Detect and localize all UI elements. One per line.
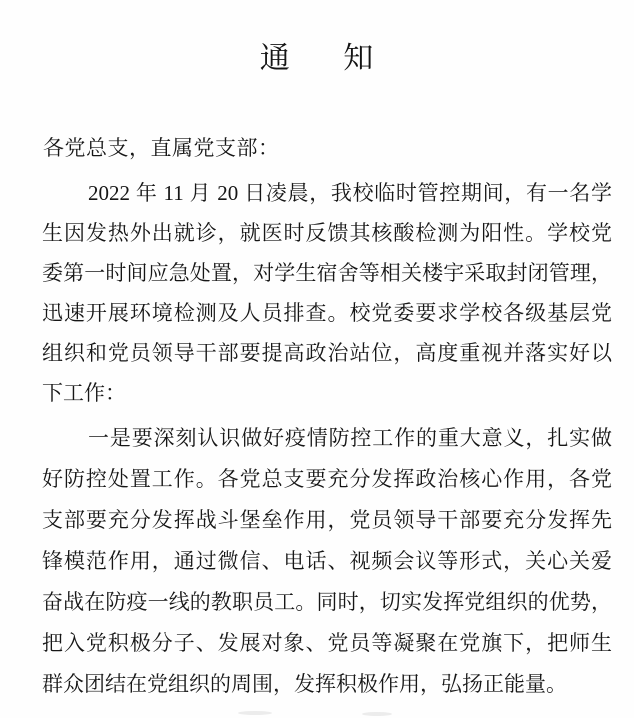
- text-line: 好防控处置工作。各党总支要充分发挥政治核心作用，各党: [42, 459, 612, 500]
- text-line: 锋模范作用，通过微信、电话、视频会议等形式，关心关爱: [42, 541, 612, 582]
- text-line: 一是要深刻认识做好疫情防控工作的重大意义，扎实做: [42, 418, 612, 459]
- scan-artifact: [362, 712, 392, 716]
- paragraph-2: 一是要深刻认识做好疫情防控工作的重大意义，扎实做 好防控处置工作。各党总支要充分…: [42, 418, 612, 705]
- text-line: 组织和党员领导干部要提高政治站位，高度重视并落实好以: [42, 333, 612, 373]
- text-line: 生因发热外出就诊，就医时反馈其核酸检测为阳性。学校党: [42, 213, 612, 253]
- text-line: 下工作：: [42, 373, 612, 413]
- text-line: 委第一时间应急处置，对学生宿舍等相关楼宇采取封闭管理，: [42, 253, 612, 293]
- text-line: 群众团结在党组织的周围，发挥积极作用，弘扬正能量。: [42, 664, 612, 705]
- text-line: 奋战在防疫一线的教职员工。同时，切实发挥党组织的优势，: [42, 582, 612, 623]
- scanned-notice-page: 通 知 各党总支，直属党支部： 2022 年 11 月 20 日凌晨，我校临时管…: [0, 0, 634, 718]
- salutation: 各党总支，直属党支部：: [43, 134, 280, 162]
- paragraph-1: 2022 年 11 月 20 日凌晨，我校临时管控期间，有一名学 生因发热外出就…: [42, 173, 612, 413]
- text-line: 迅速开展环境检测及人员排查。校党委要求学校各级基层党: [42, 293, 612, 333]
- text-line: 支部要充分发挥战斗堡垒作用，党员领导干部要充分发挥先: [42, 500, 612, 541]
- scan-artifact: [238, 711, 272, 715]
- notice-title: 通 知: [0, 40, 634, 78]
- text-line: 2022 年 11 月 20 日凌晨，我校临时管控期间，有一名学: [42, 173, 612, 213]
- text-line: 把入党积极分子、发展对象、党员等凝聚在党旗下，把师生: [42, 623, 612, 664]
